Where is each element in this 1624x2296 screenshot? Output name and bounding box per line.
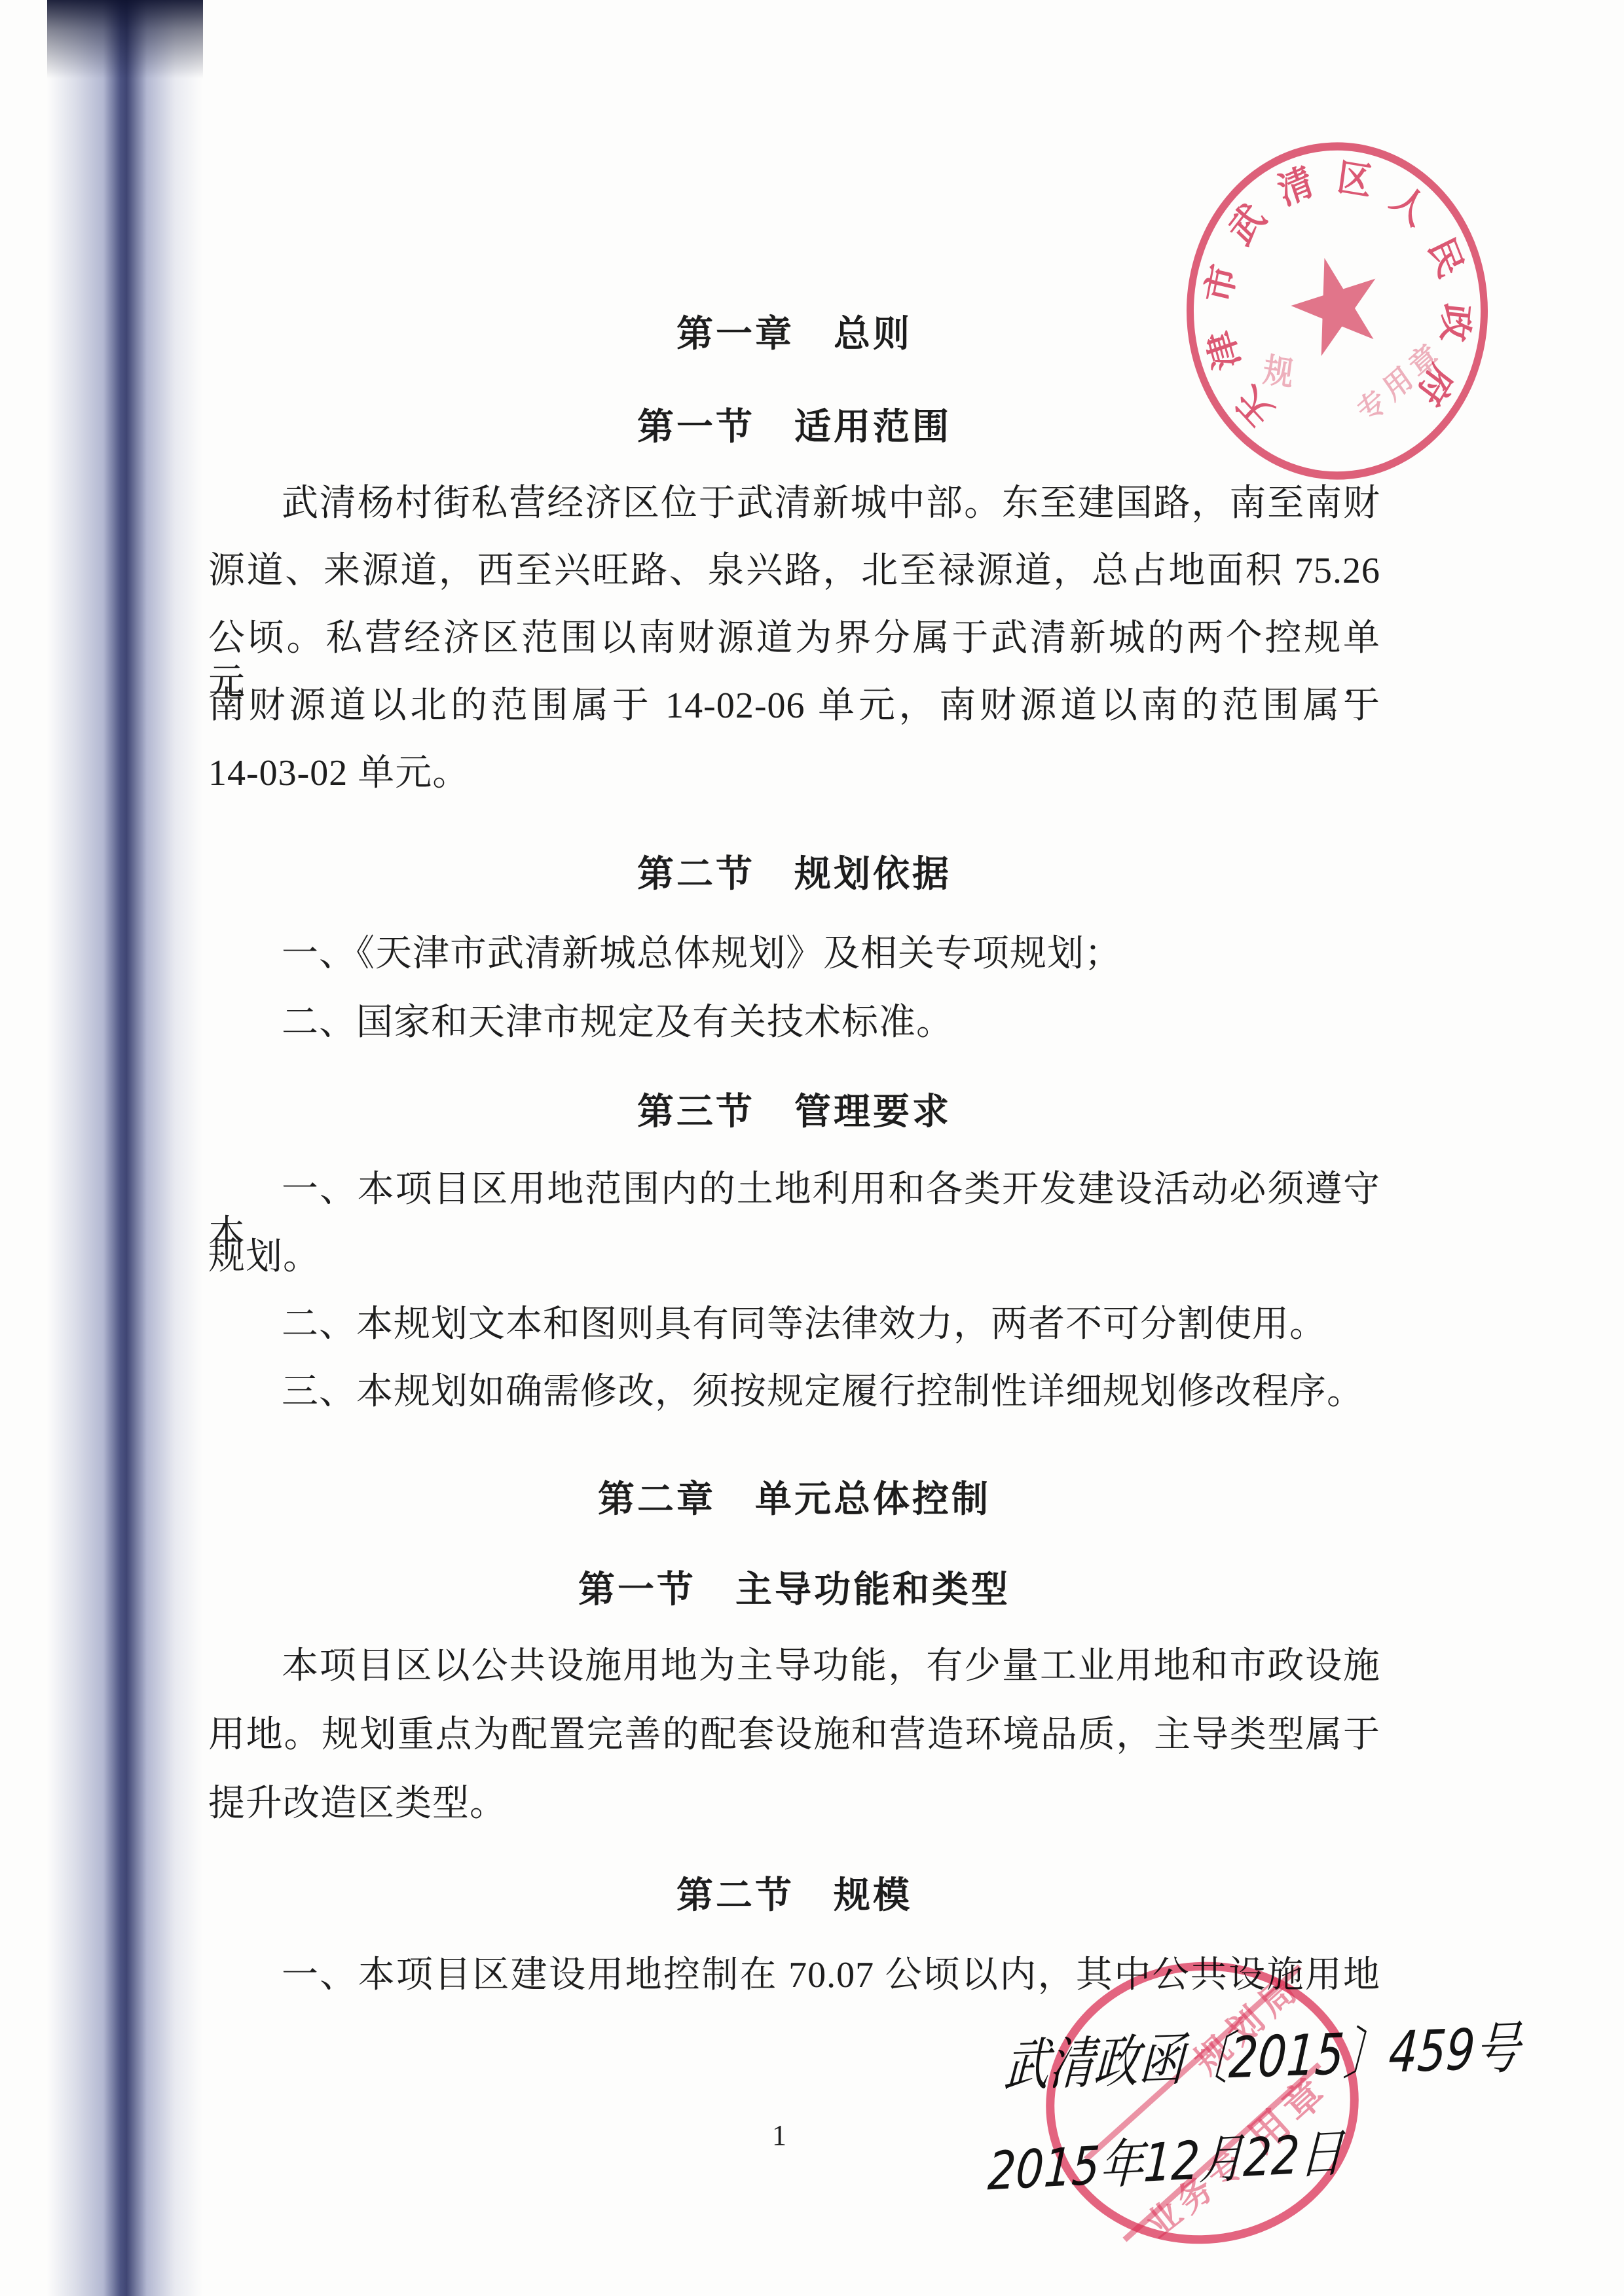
body-line: 三、本规划如确需修改，须按规定履行控制性详细规划修改程序。 (208, 1370, 1380, 1414)
section-2-2-title: 第二节 规模 (208, 1874, 1380, 1916)
seal-ring-char: 政 (1433, 302, 1485, 345)
body-line: 提升改造区类型。 (208, 1781, 1380, 1826)
body-line: 规划。 (208, 1235, 1380, 1279)
body-line: 14-03-02 单元。 (208, 751, 1380, 795)
body-line: 本项目区以公共设施用地为主导功能，有少量工业用地和市政设施 (208, 1644, 1380, 1688)
scan-binding-shadow-top (47, 0, 203, 79)
body-line: 二、国家和天津市规定及有关技术标准。 (208, 1000, 1380, 1045)
body-line: 一、《天津市武清新城总体规划》及相关专项规划； (208, 932, 1380, 976)
section-1-3-title: 第三节 管理要求 (208, 1091, 1380, 1133)
seal-ring-char: 区 (1335, 146, 1375, 206)
section-2-1-title: 第一节 主导功能和类型 (208, 1569, 1380, 1611)
body-line: 二、本规划文本和图则具有同等法律效力，两者不可分割使用。 (208, 1302, 1380, 1347)
chapter-2-title: 第二章 单元总体控制 (208, 1478, 1380, 1520)
section-1-2-title: 第二节 规划依据 (208, 853, 1380, 895)
page-number: 1 (758, 2119, 800, 2152)
body-line: 南财源道以北的范围属于 14-02-06 单元，南财源道以南的范围属于 (208, 683, 1380, 728)
scan-binding-shadow (47, 0, 203, 2296)
body-line: 源道、来源道，西至兴旺路、泉兴路，北至禄源道，总占地面积 75.26 (208, 549, 1380, 593)
government-seal: 天津市武清区人民政府 ★ 规 专用章 (1172, 126, 1503, 496)
approval-seal: 规划局 用章 业务专 (1032, 1946, 1373, 2259)
scanned-document-page: 第一章 总则 第一节 适用范围 武清杨村街私营经济区位于武清新城中部。东至建国路… (0, 0, 1624, 2296)
seal-inner-text: 规 (1261, 343, 1297, 395)
body-line: 用地。规划重点为配置完善的配套设施和营造环境品质，主导类型属于 (208, 1713, 1380, 1757)
handwritten-doc-number: 武清政函〔2015〕459号 (1002, 2002, 1522, 2102)
